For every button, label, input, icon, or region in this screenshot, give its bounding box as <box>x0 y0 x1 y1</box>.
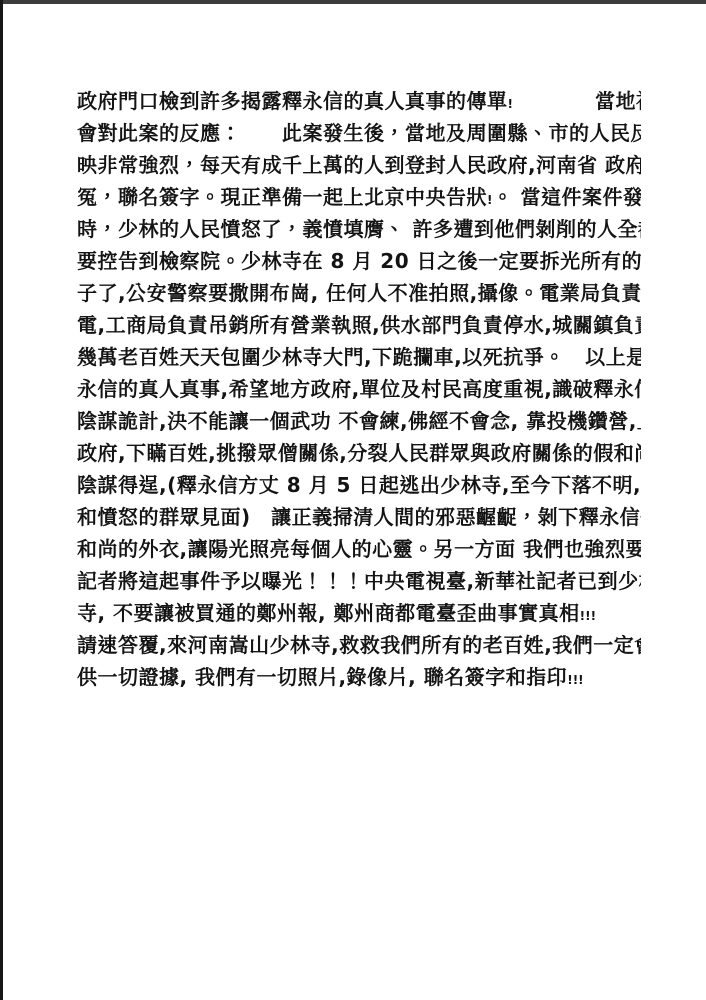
text-segment: 當地社 <box>595 89 641 113</box>
text-segment <box>513 89 595 113</box>
text-line-3: 映非常強烈，每天有成千上萬的人到登封人民政府,河南省 政府鳴 <box>77 149 641 181</box>
text-line-18: 請速答覆,來河南嵩山少林寺,救救我們所有的老百姓,我們一定會提 <box>77 629 641 661</box>
text-segment: 和尚的外衣,讓陽光照亮每個人的心靈。另一方面 我們也強烈要求 <box>77 537 641 561</box>
text-segment: 。 當這件案件發生 <box>492 185 641 209</box>
text-line-14: 和憤怒的群眾見面) 讓正義掃清人間的邪惡齷齪，剝下釋永信假 <box>77 501 641 533</box>
text-line-8: 電,工商局負責吊銷所有營業執照,供水部門負責停水,城關鎮負責。 <box>77 309 641 341</box>
text-segment: 要控告到檢察院。少林寺在 8 月 20 日之後一定要拆光所有的房 <box>77 249 641 273</box>
text-segment: 記者將這起事件予以曝光！！！中央電視臺,新華社記者已到少林 <box>77 569 641 593</box>
text-segment: 永信的真人真事,希望地方政府,單位及村民高度重視,識破釋永信的 <box>77 377 641 401</box>
text-segment: 和憤怒的群眾見面) 讓正義掃清人間的邪惡齷齪，剝下釋永信假 <box>77 505 641 529</box>
text-line-1: 政府門口檢到許多揭露釋永信的真人真事的傳單! 當地社 <box>77 85 641 117</box>
text-segment: 子了,公安警察要撒開布崗, 任何人不准拍照,攝像。電業局負責停 <box>77 281 641 305</box>
text-line-11: 陰謀詭計,決不能讓一個武功 不會練,佛經不會念, 靠投機鑽營,上欺 <box>77 405 641 437</box>
scan-top-edge <box>0 0 706 4</box>
text-segment: 冤，聯名簽字。現正準備一起上北京中央告狀 <box>77 185 487 209</box>
text-segment: 政府,下瞞百姓,挑撥眾僧關係,分裂人民群眾與政府關係的假和尚 <box>77 441 641 465</box>
text-line-10: 永信的真人真事,希望地方政府,單位及村民高度重視,識破釋永信的 <box>77 373 641 405</box>
text-line-17: 寺, 不要讓被買通的鄭州報, 鄭州商都電臺歪曲事實真相!!! <box>77 597 641 629</box>
scanned-letter-page: 政府門口檢到許多揭露釋永信的真人真事的傳單! 當地社會對此案的反應： 此案發生後… <box>0 0 706 1000</box>
text-segment: 會對此案的反應： 此案發生後，當地及周圍縣、市的人民反 <box>77 121 641 145</box>
text-segment: 政府門口檢到許多揭露釋永信的真人真事的傳單 <box>77 89 508 113</box>
text-line-12: 政府,下瞞百姓,挑撥眾僧關係,分裂人民群眾與政府關係的假和尚 <box>77 437 641 469</box>
text-line-2: 會對此案的反應： 此案發生後，當地及周圍縣、市的人民反 <box>77 117 641 149</box>
text-segment: 幾萬老百姓天天包圍少林寺大門,下跪攔車,以死抗爭。 以上是釋 <box>77 345 641 369</box>
text-segment: 請速答覆,來河南嵩山少林寺,救救我們所有的老百姓,我們一定會提 <box>77 633 641 657</box>
text-line-7: 子了,公安警察要撒開布崗, 任何人不准拍照,攝像。電業局負責停 <box>77 277 641 309</box>
text-line-6: 要控告到檢察院。少林寺在 8 月 20 日之後一定要拆光所有的房 <box>77 245 641 277</box>
text-segment: 映非常強烈，每天有成千上萬的人到登封人民政府,河南省 政府鳴 <box>77 153 641 177</box>
text-line-13: 陰謀得逞,(釋永信方丈 8 月 5 日起逃出少林寺,至今下落不明,不敢 <box>77 469 641 501</box>
text-line-4: 冤，聯名簽字。現正準備一起上北京中央告狀!。 當這件案件發生 <box>77 181 641 213</box>
scan-left-edge <box>0 0 3 1000</box>
text-segment: 時，少林的人民憤怒了，義憤填膺、 許多遭到他們剝削的人全都 <box>77 217 641 241</box>
text-line-9: 幾萬老百姓天天包圍少林寺大門,下跪攔車,以死抗爭。 以上是釋 <box>77 341 641 373</box>
text-segment: 寺, 不要讓被買通的鄭州報, 鄭州商都電臺歪曲事實真相 <box>77 601 580 625</box>
document-body: 政府門口檢到許多揭露釋永信的真人真事的傳單! 當地社會對此案的反應： 此案發生後… <box>77 85 641 693</box>
text-line-15: 和尚的外衣,讓陽光照亮每個人的心靈。另一方面 我們也強烈要求 <box>77 533 641 565</box>
text-segment: 供一切證據, 我們有一切照片,錄像片, 聯名簽字和指印 <box>77 665 567 689</box>
text-line-16: 記者將這起事件予以曝光！！！中央電視臺,新華社記者已到少林 <box>77 565 641 597</box>
small-exclamation-mark: !!! <box>580 609 596 623</box>
text-line-19: 供一切證據, 我們有一切照片,錄像片, 聯名簽字和指印!!! <box>77 661 641 693</box>
small-exclamation-mark: !!! <box>567 673 583 687</box>
text-segment: 電,工商局負責吊銷所有營業執照,供水部門負責停水,城關鎮負責。 <box>77 313 641 337</box>
text-line-5: 時，少林的人民憤怒了，義憤填膺、 許多遭到他們剝削的人全都 <box>77 213 641 245</box>
text-segment: 陰謀詭計,決不能讓一個武功 不會練,佛經不會念, 靠投機鑽營,上欺 <box>77 409 641 433</box>
text-segment: 陰謀得逞,(釋永信方丈 8 月 5 日起逃出少林寺,至今下落不明,不敢 <box>77 473 641 497</box>
